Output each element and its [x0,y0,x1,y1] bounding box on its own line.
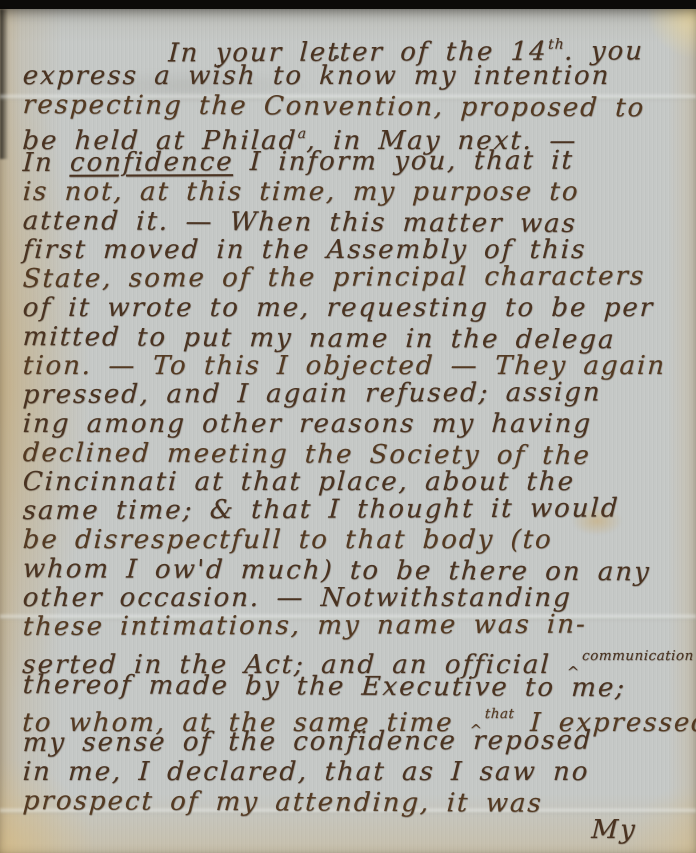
letter-body: In your letter of the 14th. you express … [22,33,692,845]
manuscript-line: other occasion. — Notwithstanding [22,584,694,613]
page-edge-shadow [0,9,10,159]
line-text: In [22,148,71,178]
manuscript-line: in me, I declared, that as I saw no [22,758,694,787]
manuscript-line: serted in the Act; and an official ^comm… [22,642,694,671]
manuscript-line: State, some of the principal characters [22,262,694,294]
catchword: My [22,816,694,845]
manuscript-line: these intimations, my name was in- [22,610,694,642]
manuscript-line: is not, at this time, my purpose to [22,178,694,207]
manuscript-line: be disrespectfull to that body (to [22,526,694,555]
letter-scan: In your letter of the 14th. you express … [0,0,696,853]
insertion-word: that [484,706,514,722]
manuscript-line: ing among other reasons my having [22,410,694,439]
manuscript-line: same time; & that I thought it would [22,494,694,526]
manuscript-page: In your letter of the 14th. you express … [0,9,696,853]
manuscript-line: thereof made by the Executive to me; [22,671,693,704]
manuscript-line: of it wrote to me, requesting to be per [22,294,694,323]
manuscript-line: be held at Philada, in May next. — [22,120,694,149]
superscript-ordinal: th [548,37,565,53]
insertion-word: communication [582,648,695,664]
manuscript-line: respecting the Convention, proposed to [22,91,693,124]
manuscript-line: In your letter of the 14th. you [22,30,694,62]
manuscript-line: pressed, and I again refused; assign [22,378,694,410]
manuscript-line: In confidence I inform you, that it [22,146,694,178]
line-text: I inform you, that it [233,146,575,177]
manuscript-line: express a wish to know my intention [22,62,694,91]
underlined-word: confidence [69,147,234,178]
manuscript-line: my sense of the confidence reposed [22,726,694,758]
